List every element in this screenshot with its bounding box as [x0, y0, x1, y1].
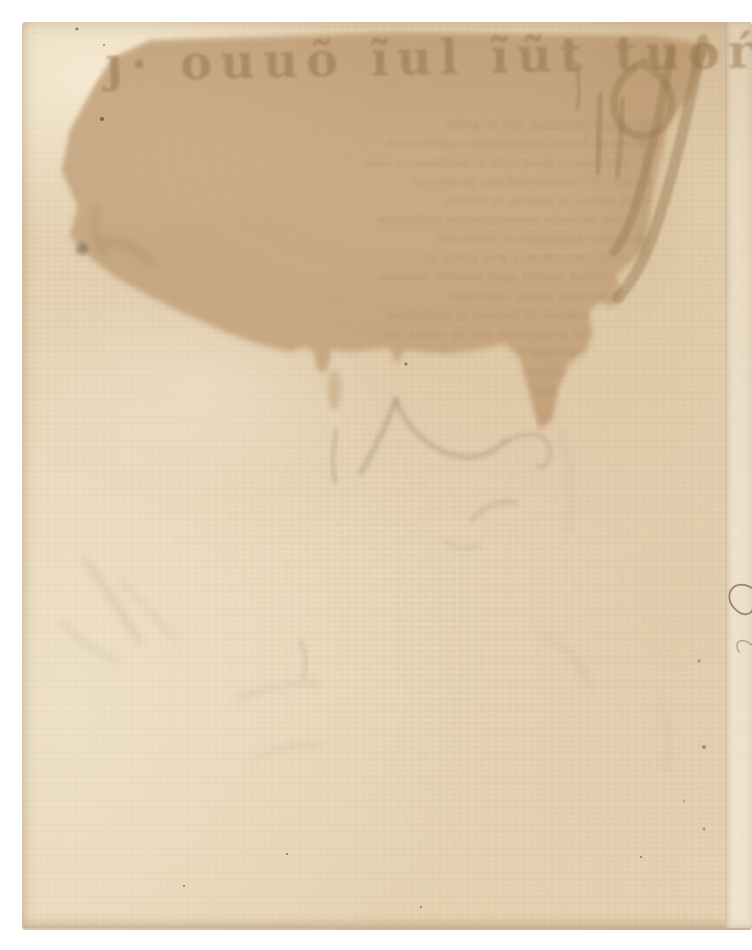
ink-smudge: [660, 700, 668, 769]
rust-specks: [22, 22, 24, 24]
ink-smudge: [446, 541, 479, 548]
scanner-bed: et singula premissa rata et gratahabente…: [0, 0, 752, 950]
pen-loop-stroke: [737, 641, 752, 652]
ink-smudge: [120, 580, 175, 640]
ink-smudge: [60, 622, 119, 662]
dark-blot: [76, 243, 88, 255]
flourish-stroke: [575, 64, 579, 108]
ink-smudge: [86, 560, 139, 641]
ink-smudge: [506, 435, 550, 467]
ink-smudge: [252, 745, 321, 761]
flourish-stroke: [597, 96, 601, 172]
ink-smudge: [332, 430, 337, 482]
ink-smudge: [300, 641, 306, 677]
ink-smudge: [540, 632, 591, 686]
ink-smudge: [361, 400, 396, 473]
fold-shadow: [94, 206, 105, 254]
parchment-sheet: et singula premissa rata et gratahabente…: [22, 22, 752, 930]
fold-shadow: [103, 242, 150, 262]
ink-smudge: [396, 400, 506, 457]
ink-smudge: [238, 683, 319, 700]
ink-smudge: [561, 432, 571, 532]
ink-smudge: [472, 502, 516, 520]
pen-loop-stroke: [729, 585, 752, 615]
marks-overlay: [0, 0, 752, 950]
